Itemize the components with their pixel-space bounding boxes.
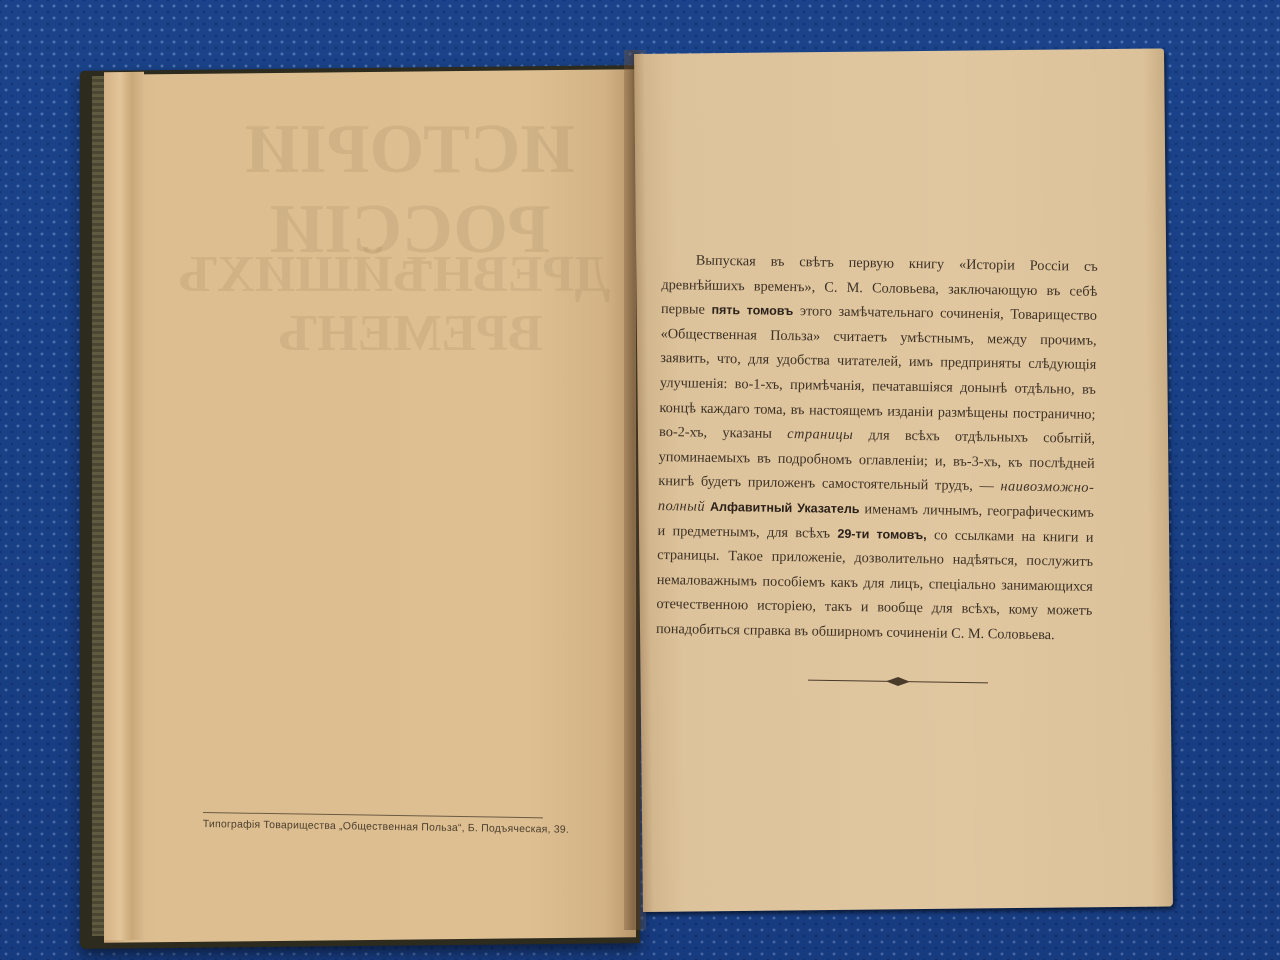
publisher-note-paragraph: Выпуская въ свѣтъ первую книгу «Исторіи … <box>656 248 1098 648</box>
left-page-stack <box>104 72 144 940</box>
publisher-note: Выпуская въ свѣтъ первую книгу «Исторіи … <box>656 248 1098 648</box>
italic-text-pages: страницы <box>787 426 853 443</box>
bold-text-five-volumes: пять томовъ <box>711 303 793 318</box>
text-run: этого замѣчательнаго сочиненія, Товарище… <box>659 303 1097 442</box>
text-run: со ссылками на книги и страницы. Такое п… <box>656 527 1094 643</box>
bleed-through-subtitle: ДРЕВНѢЙШИХЪ ВРЕМЕНЪ <box>210 245 610 363</box>
ornament-diamond <box>886 677 910 686</box>
bold-text-29-volumes: 29-ти томовъ, <box>837 526 926 541</box>
bold-text-index: Алфавитный Указатель <box>710 500 860 516</box>
